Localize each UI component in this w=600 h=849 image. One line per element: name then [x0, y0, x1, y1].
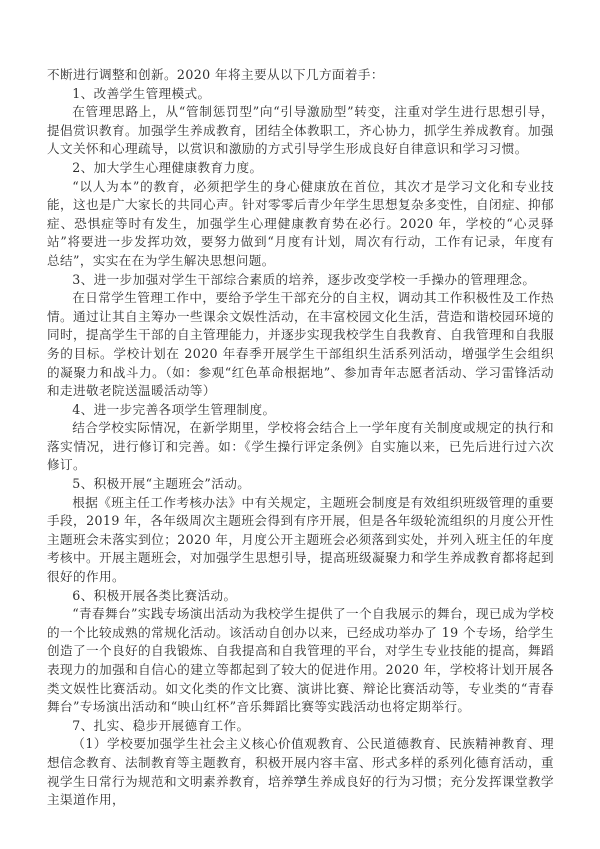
paragraph-item-6-heading: 6、积极开展各类比赛活动。 [47, 587, 554, 606]
paragraph-item-2-heading: 2、加大学生心理健康教育力度。 [47, 159, 554, 178]
paragraph-item-7-body: （1）学校要加强学生社会主义核心价值观教育、公民道德教育、民族精神教育、理想信念… [47, 735, 554, 809]
paragraph-item-6-body: “青春舞台”实践专场演出活动为我校学生提供了一个自我展示的舞台，现已成为学校的一… [47, 605, 554, 717]
paragraph-item-4-heading: 4、进一步完善各项学生管理制度。 [47, 401, 554, 420]
paragraph-item-5-heading: 5、积极开展“主题班会”活动。 [47, 475, 554, 494]
paragraph-item-5-body: 根据《班主任工作考核办法》中有关规定，主题班会制度是有效组织班级管理的重要手段，… [47, 494, 554, 587]
page-number: 75 [0, 776, 600, 787]
document-page: 不断进行调整和创新。2020 年将主要从以下几方面着手： 1、改善学生管理模式。… [0, 0, 600, 849]
paragraph-item-3-heading: 3、进一步加强对学生干部综合素质的培养，逐步改变学校一手操办的管理理念。 [47, 271, 554, 290]
paragraph-item-1-body: 在管理思路上，从“管制惩罚型”向“引导激励型”转变，注重对学生进行思想引导，提倡… [47, 103, 554, 159]
paragraph-item-1-heading: 1、改善学生管理模式。 [47, 85, 554, 104]
paragraph-continuation: 不断进行调整和创新。2020 年将主要从以下几方面着手： [47, 66, 554, 85]
paragraph-item-3-body: 在日常学生管理工作中，要给予学生干部充分的自主权，调动其工作积极性及工作热情。通… [47, 289, 554, 401]
document-body: 不断进行调整和创新。2020 年将主要从以下几方面着手： 1、改善学生管理模式。… [47, 66, 554, 810]
paragraph-item-2-body: “以人为本”的教育，必须把学生的身心健康放在首位，其次才是学习文化和专业技能，这… [47, 178, 554, 271]
paragraph-item-4-body: 结合学校实际情况，在新学期里，学校将会结合上一学年度有关制度或规定的执行和落实情… [47, 419, 554, 475]
paragraph-item-7-heading: 7、扎实、稳步开展德育工作。 [47, 717, 554, 736]
